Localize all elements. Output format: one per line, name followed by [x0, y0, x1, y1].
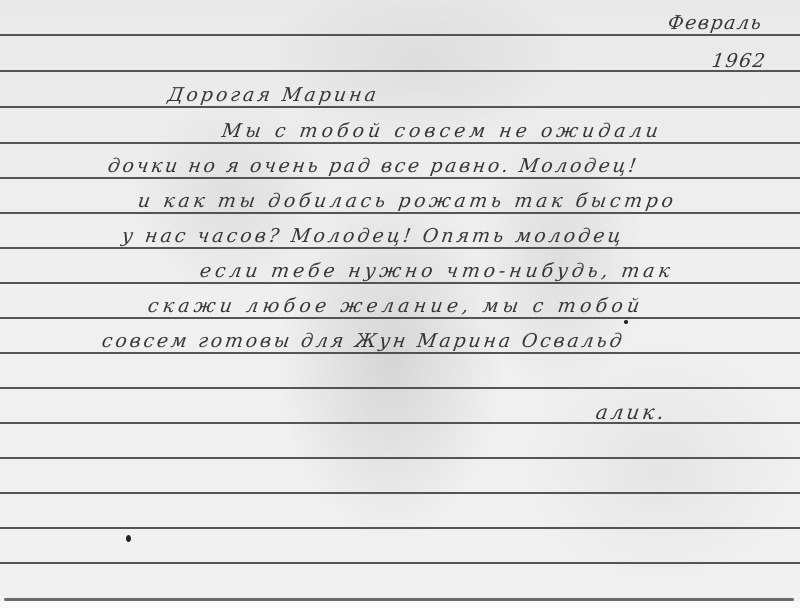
body-line-2: дочки но я очень рад все равно. Молодец! [106, 155, 640, 177]
letter-page: Февраль 1962 Дорогая Марина Мы с тобой с… [0, 0, 800, 608]
ruled-line [0, 387, 800, 389]
body-line-4: у нас часов? Молодец! Опять молодец [120, 225, 625, 247]
ruled-line [0, 492, 800, 494]
date-month: Февраль [666, 12, 764, 34]
body-line-6: скажи любое желание, мы с тобой [146, 295, 645, 317]
body-line-3: и как ты добилась рожать так быстро [136, 190, 678, 212]
paper-margin [0, 601, 800, 608]
ruled-line [0, 282, 800, 284]
ruled-line [0, 142, 800, 144]
date-year: 1962 [710, 50, 767, 72]
body-line-5: если тебе нужно что-нибудь, так [198, 260, 675, 282]
ruled-line [0, 527, 800, 529]
signature: алик. [594, 400, 668, 424]
ruled-line [0, 422, 800, 424]
ruled-line [0, 562, 800, 564]
body-line-1: Мы с тобой совсем не ожидали [220, 120, 663, 142]
ruled-line [0, 70, 800, 72]
ruled-line [0, 247, 800, 249]
ink-spot [126, 535, 131, 542]
greeting: Дорогая Марина [166, 84, 380, 106]
ruled-line [0, 352, 800, 354]
ruled-line [0, 457, 800, 459]
ruled-line [0, 106, 800, 108]
ruled-line [0, 34, 800, 36]
ruled-line [0, 177, 800, 179]
body-line-7: совсем готовы для Жун Марина Освальд [100, 330, 626, 352]
ruled-line [0, 212, 800, 214]
ink-spot [624, 320, 628, 324]
ruled-line [0, 317, 800, 319]
